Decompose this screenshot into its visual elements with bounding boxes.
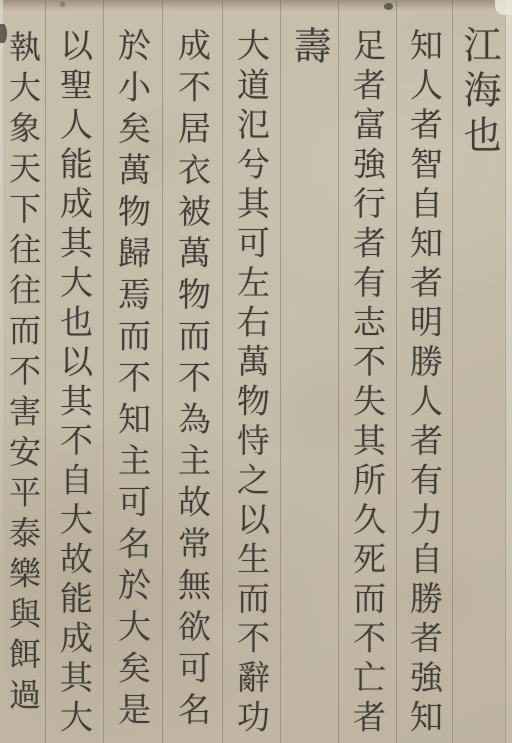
text-column-3: 足者富強行者有志不失其所久死而不亡者 — [338, 0, 396, 743]
text-column-1: 江海也 — [452, 0, 505, 743]
text-column-5: 大道氾兮其可左右萬物恃之以生而不辭功 — [222, 0, 280, 743]
text-column-9: 執大象天下往往而不害安平泰樂與餌過 — [0, 0, 45, 743]
text-column-2: 知人者智自知者明勝人者有力自勝者強知 — [396, 0, 452, 743]
text-column-6: 成不居衣被萬物而不為主故常無欲可名 — [162, 0, 222, 743]
text-column-7: 於小矣萬物歸焉而不知主可名於大矣是 — [103, 0, 162, 743]
text-column-8: 以聖人能成其大也以其不自大故能成其大 — [45, 0, 103, 743]
text-column-4: 壽 — [280, 0, 338, 743]
calligraphy-text-block: 江海也 知人者智自知者明勝人者有力自勝者強知 足者富強行者有志不失其所久死而不亡… — [0, 0, 512, 743]
manuscript-page: 江海也 知人者智自知者明勝人者有力自勝者強知 足者富強行者有志不失其所久死而不亡… — [0, 0, 512, 743]
